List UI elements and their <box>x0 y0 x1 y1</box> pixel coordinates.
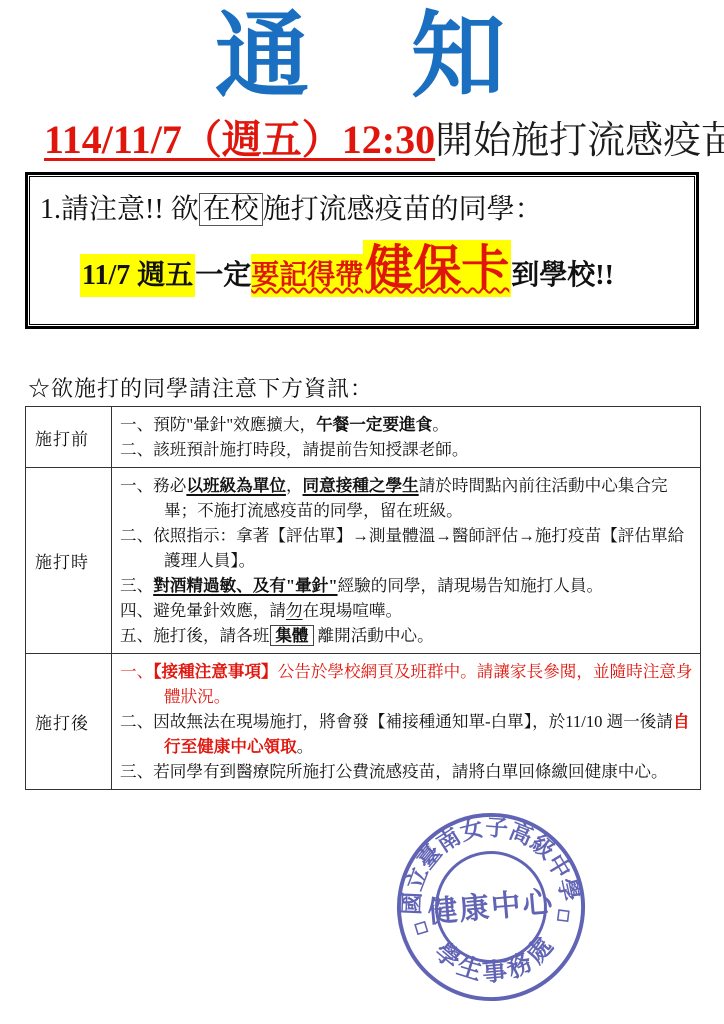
text-segment: 以班級為單位 <box>186 476 286 495</box>
stamp-center-text: 健康中心 <box>426 884 555 929</box>
table-row: 施打後一、【接種注意事項】公告於學校網頁及班群中。請讓家長參閱，並隨時注意身體狀… <box>26 654 701 790</box>
list-item: 一、【接種注意事項】公告於學校網頁及班群中。請讓家長參閱，並隨時注意身體狀況。 <box>120 659 694 709</box>
notice-box: 1.請注意!! 欲在校施打流感疫苗的同學： 11/7 週五一定要記得帶健保卡到學… <box>25 172 699 329</box>
table-row: 施打時一、務必以班級為單位，同意接種之學生請於時間點內前往活動中心集合完畢；不施… <box>26 468 701 654</box>
notice-document: { "colors":{ "title_blue":"#1a6fc0", "ac… <box>0 0 724 1024</box>
text-segment: 在校 <box>199 193 263 226</box>
text-segment: 一、務必 <box>120 476 186 495</box>
text-segment: 集體 <box>270 625 313 646</box>
row-content: 一、務必以班級為單位，同意接種之學生請於時間點內前往活動中心集合完畢；不施打流感… <box>112 468 701 654</box>
text-segment: 11/7 週五 <box>80 254 195 297</box>
list-item: 三、若同學有到醫療院所施打公費流感疫苗，請將白單回條繳回健康中心。 <box>120 759 694 784</box>
text-segment: 到學校!! <box>511 260 614 291</box>
list-item: 四、避免暈針效應，請勿在現場喧嘩。 <box>120 598 694 623</box>
text-segment: 對酒精過敏、及有"暈針" <box>153 576 337 595</box>
text-segment: 勿 <box>286 601 303 620</box>
dateline-date: 114/11/7（週五）12:30 <box>44 117 435 162</box>
text-segment: 二、依照指示：拿著【評估單】→測量體溫→醫師評估→施打疫苗【評估單給護理人員】。 <box>120 526 684 570</box>
info-table-body: 施打前一、預防"暈針"效應擴大，午餐一定要進食。二、該班預計施打時段，請提前告知… <box>26 407 701 790</box>
list-item: 五、施打後，請各班集體離開活動中心。 <box>120 623 694 648</box>
text-segment: 經驗的同學，請現場告知施打人員。 <box>338 576 604 595</box>
text-segment: 一、預防"暈針"效應擴大， <box>120 415 316 434</box>
list-item: 三、對酒精過敏、及有"暈針"經驗的同學，請現場告知施打人員。 <box>120 573 694 598</box>
text-segment: 四、避免暈針效應，請 <box>120 601 286 620</box>
text-segment: 午餐一定要進食 <box>316 415 432 434</box>
notice-line-2: 11/7 週五一定要記得帶健保卡到學校!! <box>80 241 686 304</box>
text-segment: 同意接種之學生 <box>303 476 419 495</box>
list-item: 二、依照指示：拿著【評估單】→測量體溫→醫師評估→施打疫苗【評估單給護理人員】。 <box>120 523 694 573</box>
text-segment: 三、 <box>120 576 153 595</box>
row-label: 施打時 <box>26 468 112 654</box>
text-segment: 。 <box>297 737 314 756</box>
text-segment: 1.請注意!! 欲 <box>40 194 199 225</box>
text-segment: ， <box>286 476 303 495</box>
text-segment: 一定 <box>195 260 251 291</box>
stamp-right-ornament <box>558 910 569 921</box>
list-item: 二、該班預計施打時段，請提前告知授課老師。 <box>120 437 694 462</box>
page-title: 通 知 <box>0 2 724 112</box>
text-segment: 離開活動中心。 <box>318 626 434 645</box>
dateline-heading: 114/11/7（週五）12:30開始施打流感疫苗 <box>44 114 716 166</box>
text-segment: 二、該班預計施打時段，請提前告知授課老師。 <box>120 440 468 459</box>
dateline-text: 開始施打流感疫苗 <box>435 118 724 162</box>
text-segment: 二、因故無法在現場施打，將會發【補接種通知單-白單】，於11/10 週一後請 <box>120 712 673 731</box>
text-segment: 在現場喧嘩。 <box>303 601 403 620</box>
health-center-stamp: 國立臺南女子高級中學 學生事務處 健康中心 <box>384 800 599 1015</box>
info-table: 施打前一、預防"暈針"效應擴大，午餐一定要進食。二、該班預計施打時段，請提前告知… <box>25 406 701 790</box>
text-segment: 【接種注意事項】 <box>153 662 277 681</box>
notice-line-1: 1.請注意!! 欲在校施打流感疫苗的同學： <box>40 193 686 227</box>
row-content: 一、預防"暈針"效應擴大，午餐一定要進食。二、該班預計施打時段，請提前告知授課老… <box>112 407 701 468</box>
text-segment: 健保卡 <box>363 240 511 297</box>
list-item: 二、因故無法在現場施打，將會發【補接種通知單-白單】，於11/10 週一後請自行… <box>120 709 694 759</box>
text-segment: 施打流感疫苗的同學： <box>263 194 543 225</box>
text-segment: 五、施打後，請各班 <box>120 626 269 645</box>
table-row: 施打前一、預防"暈針"效應擴大，午餐一定要進食。二、該班預計施打時段，請提前告知… <box>26 407 701 468</box>
list-item: 一、務必以班級為單位，同意接種之學生請於時間點內前往活動中心集合完畢；不施打流感… <box>120 473 694 523</box>
row-label: 施打前 <box>26 407 112 468</box>
stamp-left-ornament <box>415 922 427 934</box>
row-content: 一、【接種注意事項】公告於學校網頁及班群中。請讓家長參閱，並隨時注意身體狀況。二… <box>112 654 701 790</box>
text-segment: 一、 <box>120 662 153 681</box>
text-segment: 三、若同學有到醫療院所施打公費流感疫苗，請將白單回條繳回健康中心。 <box>120 762 668 781</box>
notice-box-inner: 1.請注意!! 欲在校施打流感疫苗的同學： 11/7 週五一定要記得帶健保卡到學… <box>29 176 695 325</box>
text-segment: 要記得帶 <box>251 254 363 297</box>
list-item: 一、預防"暈針"效應擴大，午餐一定要進食。 <box>120 412 694 437</box>
text-segment: 。 <box>432 415 449 434</box>
section-heading: ☆欲施打的同學請注意下方資訊： <box>28 372 373 403</box>
row-label: 施打後 <box>26 654 112 790</box>
